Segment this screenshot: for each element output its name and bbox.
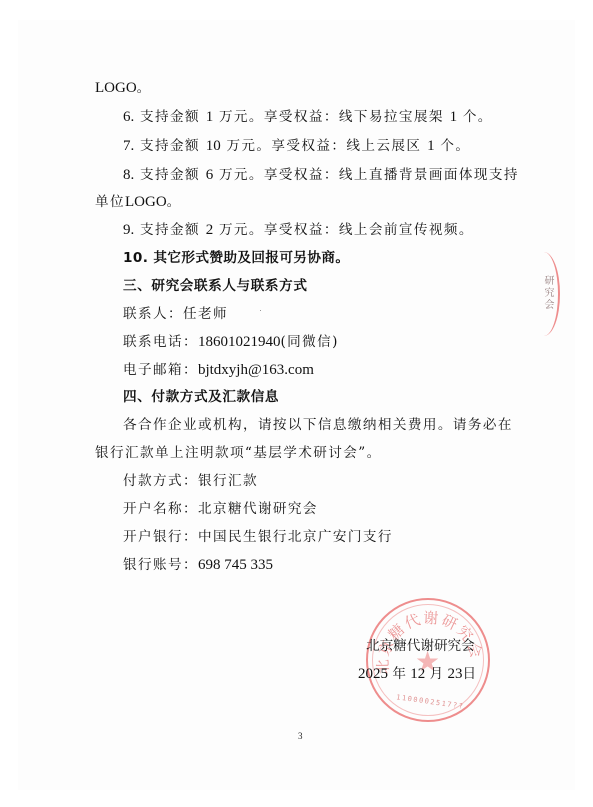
item-amount: 10 (206, 138, 221, 154)
section-heading-contact: 三、研究会联系人与联系方式 (123, 276, 308, 296)
bank-name: 开户银行：中国民生银行北京广安门支行 (123, 527, 393, 547)
sponsorship-item-8: 8. 支持金额 6 万元。享受权益：线上直播背景画面体现支持 (123, 165, 519, 185)
signature-date: 2025 年 12 月 23日 (358, 664, 476, 684)
date-day-unit: 日 (463, 666, 477, 682)
edge-seal-text: 研究会 (540, 275, 555, 311)
date-year: 2025 (358, 666, 388, 682)
phone-label: 联系电话： (123, 334, 198, 350)
contact-value: 任老师 (183, 306, 228, 322)
item-count: 1 (427, 138, 435, 154)
date-month: 12 (410, 666, 425, 682)
email-label: 电子邮箱： (123, 362, 198, 378)
signature-org: 北京糖代谢研究会 (366, 636, 475, 656)
punctuation: 。 (167, 194, 182, 210)
item-number: 7. (123, 138, 134, 154)
item-benefit: 万元。享受权益：线上会前宣传视频。 (219, 222, 474, 238)
contact-label: 联系人： (123, 306, 183, 322)
sponsorship-item-10: 10. 其它形式赞助及回报可另协商。 (123, 248, 349, 268)
page-number: 3 (298, 731, 303, 741)
item-benefit: 万元。享受权益：线上直播背景画面体现支持 (219, 167, 519, 183)
sponsorship-item-6: 6. 支持金额 1 万元。享受权益：线下易拉宝展架 1 个。 (123, 107, 493, 127)
payment-method: 付款方式：银行汇款 (123, 471, 258, 491)
account-number: 银行账号：698 745 335 (123, 555, 273, 575)
item-pre: 支持金额 (140, 109, 200, 125)
email-value: bjtdxyjh@163.com (198, 362, 314, 378)
contact-person: 联系人：任老师 (123, 304, 228, 324)
item-pre: 支持金额 (140, 138, 200, 154)
account-name: 开户名称：北京糖代谢研究会 (123, 499, 318, 519)
sponsorship-item-8-continuation: 单位LOGO。 (95, 192, 182, 212)
payment-paragraph-line1: 各合作企业或机构，请按以下信息缴纳相关费用。请务必在 (123, 415, 513, 435)
contact-email: 电子邮箱：bjtdxyjh@163.com (123, 360, 314, 380)
item-count: 1 (450, 109, 458, 125)
item-number: 8. (123, 167, 134, 183)
item-end: 个。 (463, 109, 493, 125)
payment-paragraph-line2: 银行汇款单上注明款项“基层学术研讨会”。 (95, 443, 382, 463)
item-number: 6. (123, 109, 134, 125)
item-end: 个。 (440, 138, 470, 154)
bank-label: 开户银行： (123, 529, 198, 545)
method-label: 付款方式： (123, 473, 198, 489)
method-value: 银行汇款 (198, 473, 258, 489)
item-amount: 2 (206, 222, 214, 238)
account-number-label: 银行账号： (123, 557, 198, 573)
item-pre: 支持金额 (140, 222, 200, 238)
date-day: 23 (448, 666, 463, 682)
item-amount: 6 (206, 167, 214, 183)
logo-text: LOGO (125, 194, 167, 210)
sponsorship-item-7: 7. 支持金额 10 万元。享受权益：线上云展区 1 个。 (123, 136, 470, 156)
punctuation: 。 (137, 80, 152, 96)
scan-speck (260, 310, 261, 311)
account-number-value: 698 745 335 (198, 557, 273, 573)
item-continuation-text: 单位 (95, 194, 125, 210)
account-name-value: 北京糖代谢研究会 (198, 501, 318, 517)
item-benefit: 万元。享受权益：线下易拉宝展架 (219, 109, 444, 125)
continued-line: LOGO。 (95, 78, 152, 98)
phone-note: (同微信) (280, 334, 338, 350)
section-heading-payment: 四、付款方式及汇款信息 (123, 387, 279, 407)
official-seal: 北京糖代谢研究会 ★ 1100002517?? (366, 598, 490, 722)
logo-text: LOGO (95, 80, 137, 96)
item-benefit: 万元。享受权益：线上云展区 (226, 138, 421, 154)
contact-phone: 联系电话：18601021940(同微信) (123, 332, 339, 352)
account-name-label: 开户名称： (123, 501, 198, 517)
item-number: 9. (123, 222, 134, 238)
phone-value: 18601021940 (198, 334, 281, 350)
item-amount: 1 (206, 109, 214, 125)
date-year-unit: 年 (392, 666, 406, 682)
bank-value: 中国民生银行北京广安门支行 (198, 529, 393, 545)
date-month-unit: 月 (430, 666, 444, 682)
item-pre: 支持金额 (140, 167, 200, 183)
sponsorship-item-9: 9. 支持金额 2 万元。享受权益：线上会前宣传视频。 (123, 220, 474, 240)
